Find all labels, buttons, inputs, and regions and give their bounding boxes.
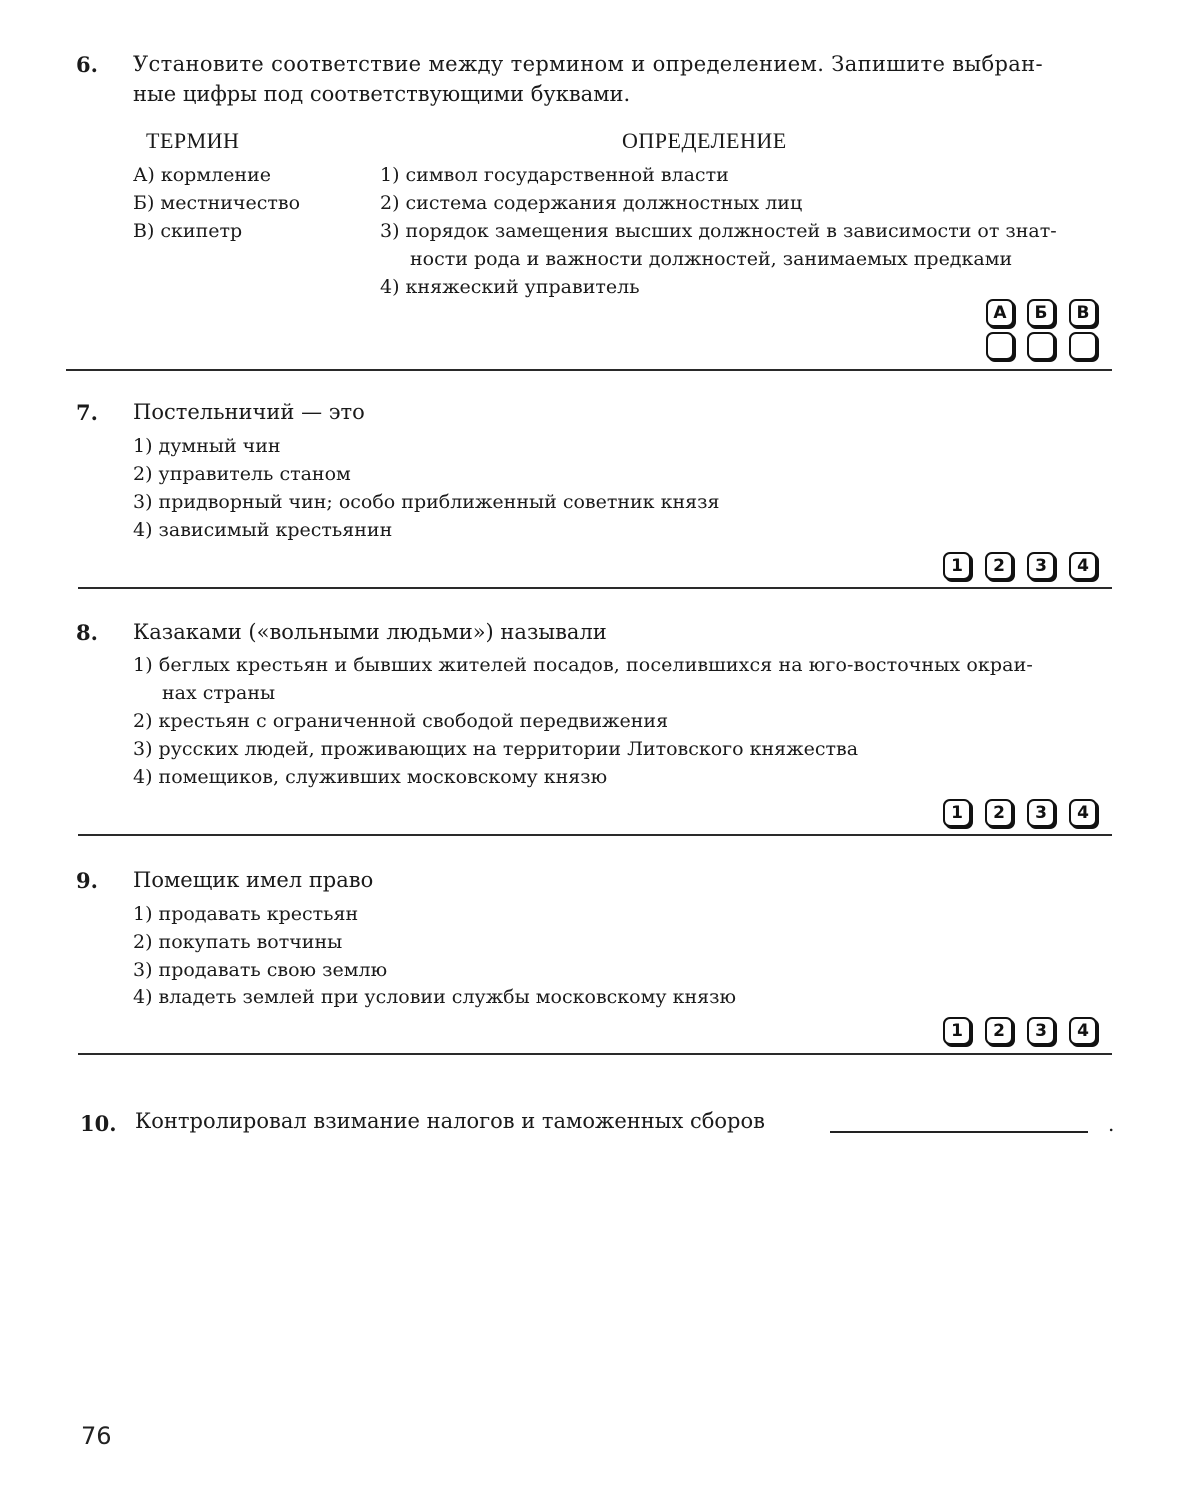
section-divider	[78, 587, 1112, 589]
definition-item: 1) символ государственной власти	[380, 164, 729, 186]
option-item: 1) беглых крестьян и бывших жителей поса…	[133, 654, 1033, 676]
answer-choice-2[interactable]: 2	[985, 552, 1013, 580]
term-item: Б) местничество	[133, 192, 300, 214]
trailing-period: .	[1108, 1112, 1114, 1136]
question-text: ные цифры под соответствующими буквами.	[133, 82, 630, 106]
answer-choice-3[interactable]: 3	[1027, 552, 1055, 580]
definition-item-continuation: ности рода и важности должностей, занима…	[410, 248, 1012, 270]
answer-choice-4[interactable]: 4	[1069, 799, 1097, 827]
term-item: А) кормление	[133, 164, 271, 186]
option-item: 3) продавать свою землю	[133, 959, 387, 981]
option-item: 4) зависимый крестьянин	[133, 519, 392, 541]
page-number: 76	[81, 1422, 112, 1450]
question-number: 9.	[76, 868, 98, 893]
answer-choice-3[interactable]: 3	[1027, 799, 1055, 827]
answer-input[interactable]	[830, 1106, 1088, 1132]
question-text: Контролировал взимание налогов и таможен…	[135, 1109, 765, 1133]
term-column-header: ТЕРМИН	[146, 128, 239, 154]
answer-choice-1[interactable]: 1	[943, 552, 971, 580]
option-item: 4) помещиков, служивших московскому княз…	[133, 766, 607, 788]
section-divider	[66, 369, 1112, 371]
section-divider	[78, 834, 1112, 836]
answer-letter-v: В	[1069, 299, 1097, 327]
answer-letter-a: А	[986, 299, 1014, 327]
option-item: 1) продавать крестьян	[133, 903, 358, 925]
option-item: 4) владеть землей при условии службы мос…	[133, 986, 736, 1008]
answer-choice-1[interactable]: 1	[943, 799, 971, 827]
question-text: Постельничий — это	[133, 400, 365, 424]
answer-choice-4[interactable]: 4	[1069, 1017, 1097, 1045]
option-item: 1) думный чин	[133, 435, 281, 457]
question-text: Казаками («вольными людьми») называли	[133, 620, 607, 644]
answer-choice-2[interactable]: 2	[985, 799, 1013, 827]
answer-input-a[interactable]	[986, 332, 1014, 360]
definition-column-header: ОПРЕДЕЛЕНИЕ	[622, 128, 787, 154]
option-item: 3) придворный чин; особо приближенный со…	[133, 491, 719, 513]
option-item: 2) крестьян с ограниченной свободой пере…	[133, 710, 668, 732]
option-item-continuation: нах страны	[162, 682, 275, 704]
question-number: 7.	[76, 400, 98, 425]
answer-choice-1[interactable]: 1	[943, 1017, 971, 1045]
answer-choice-2[interactable]: 2	[985, 1017, 1013, 1045]
section-divider	[78, 1053, 1112, 1055]
option-item: 2) покупать вотчины	[133, 931, 342, 953]
option-item: 2) управитель станом	[133, 463, 351, 485]
definition-item: 2) система содержания должностных лиц	[380, 192, 802, 214]
option-item: 3) русских людей, проживающих на террито…	[133, 738, 858, 760]
question-number: 8.	[76, 620, 98, 645]
answer-underline	[830, 1131, 1088, 1133]
definition-item: 3) порядок замещения высших должностей в…	[380, 220, 1057, 242]
term-item: В) скипетр	[133, 220, 242, 242]
answer-letter-b: Б	[1027, 299, 1055, 327]
definition-item: 4) княжеский управитель	[380, 276, 640, 298]
question-number: 6.	[76, 52, 98, 77]
question-text: Установите соответствие между термином и…	[133, 52, 1043, 76]
answer-input-b[interactable]	[1027, 332, 1055, 360]
question-number: 10.	[80, 1111, 117, 1136]
answer-input-v[interactable]	[1069, 332, 1097, 360]
answer-choice-4[interactable]: 4	[1069, 552, 1097, 580]
answer-choice-3[interactable]: 3	[1027, 1017, 1055, 1045]
question-text: Помещик имел право	[133, 868, 373, 892]
